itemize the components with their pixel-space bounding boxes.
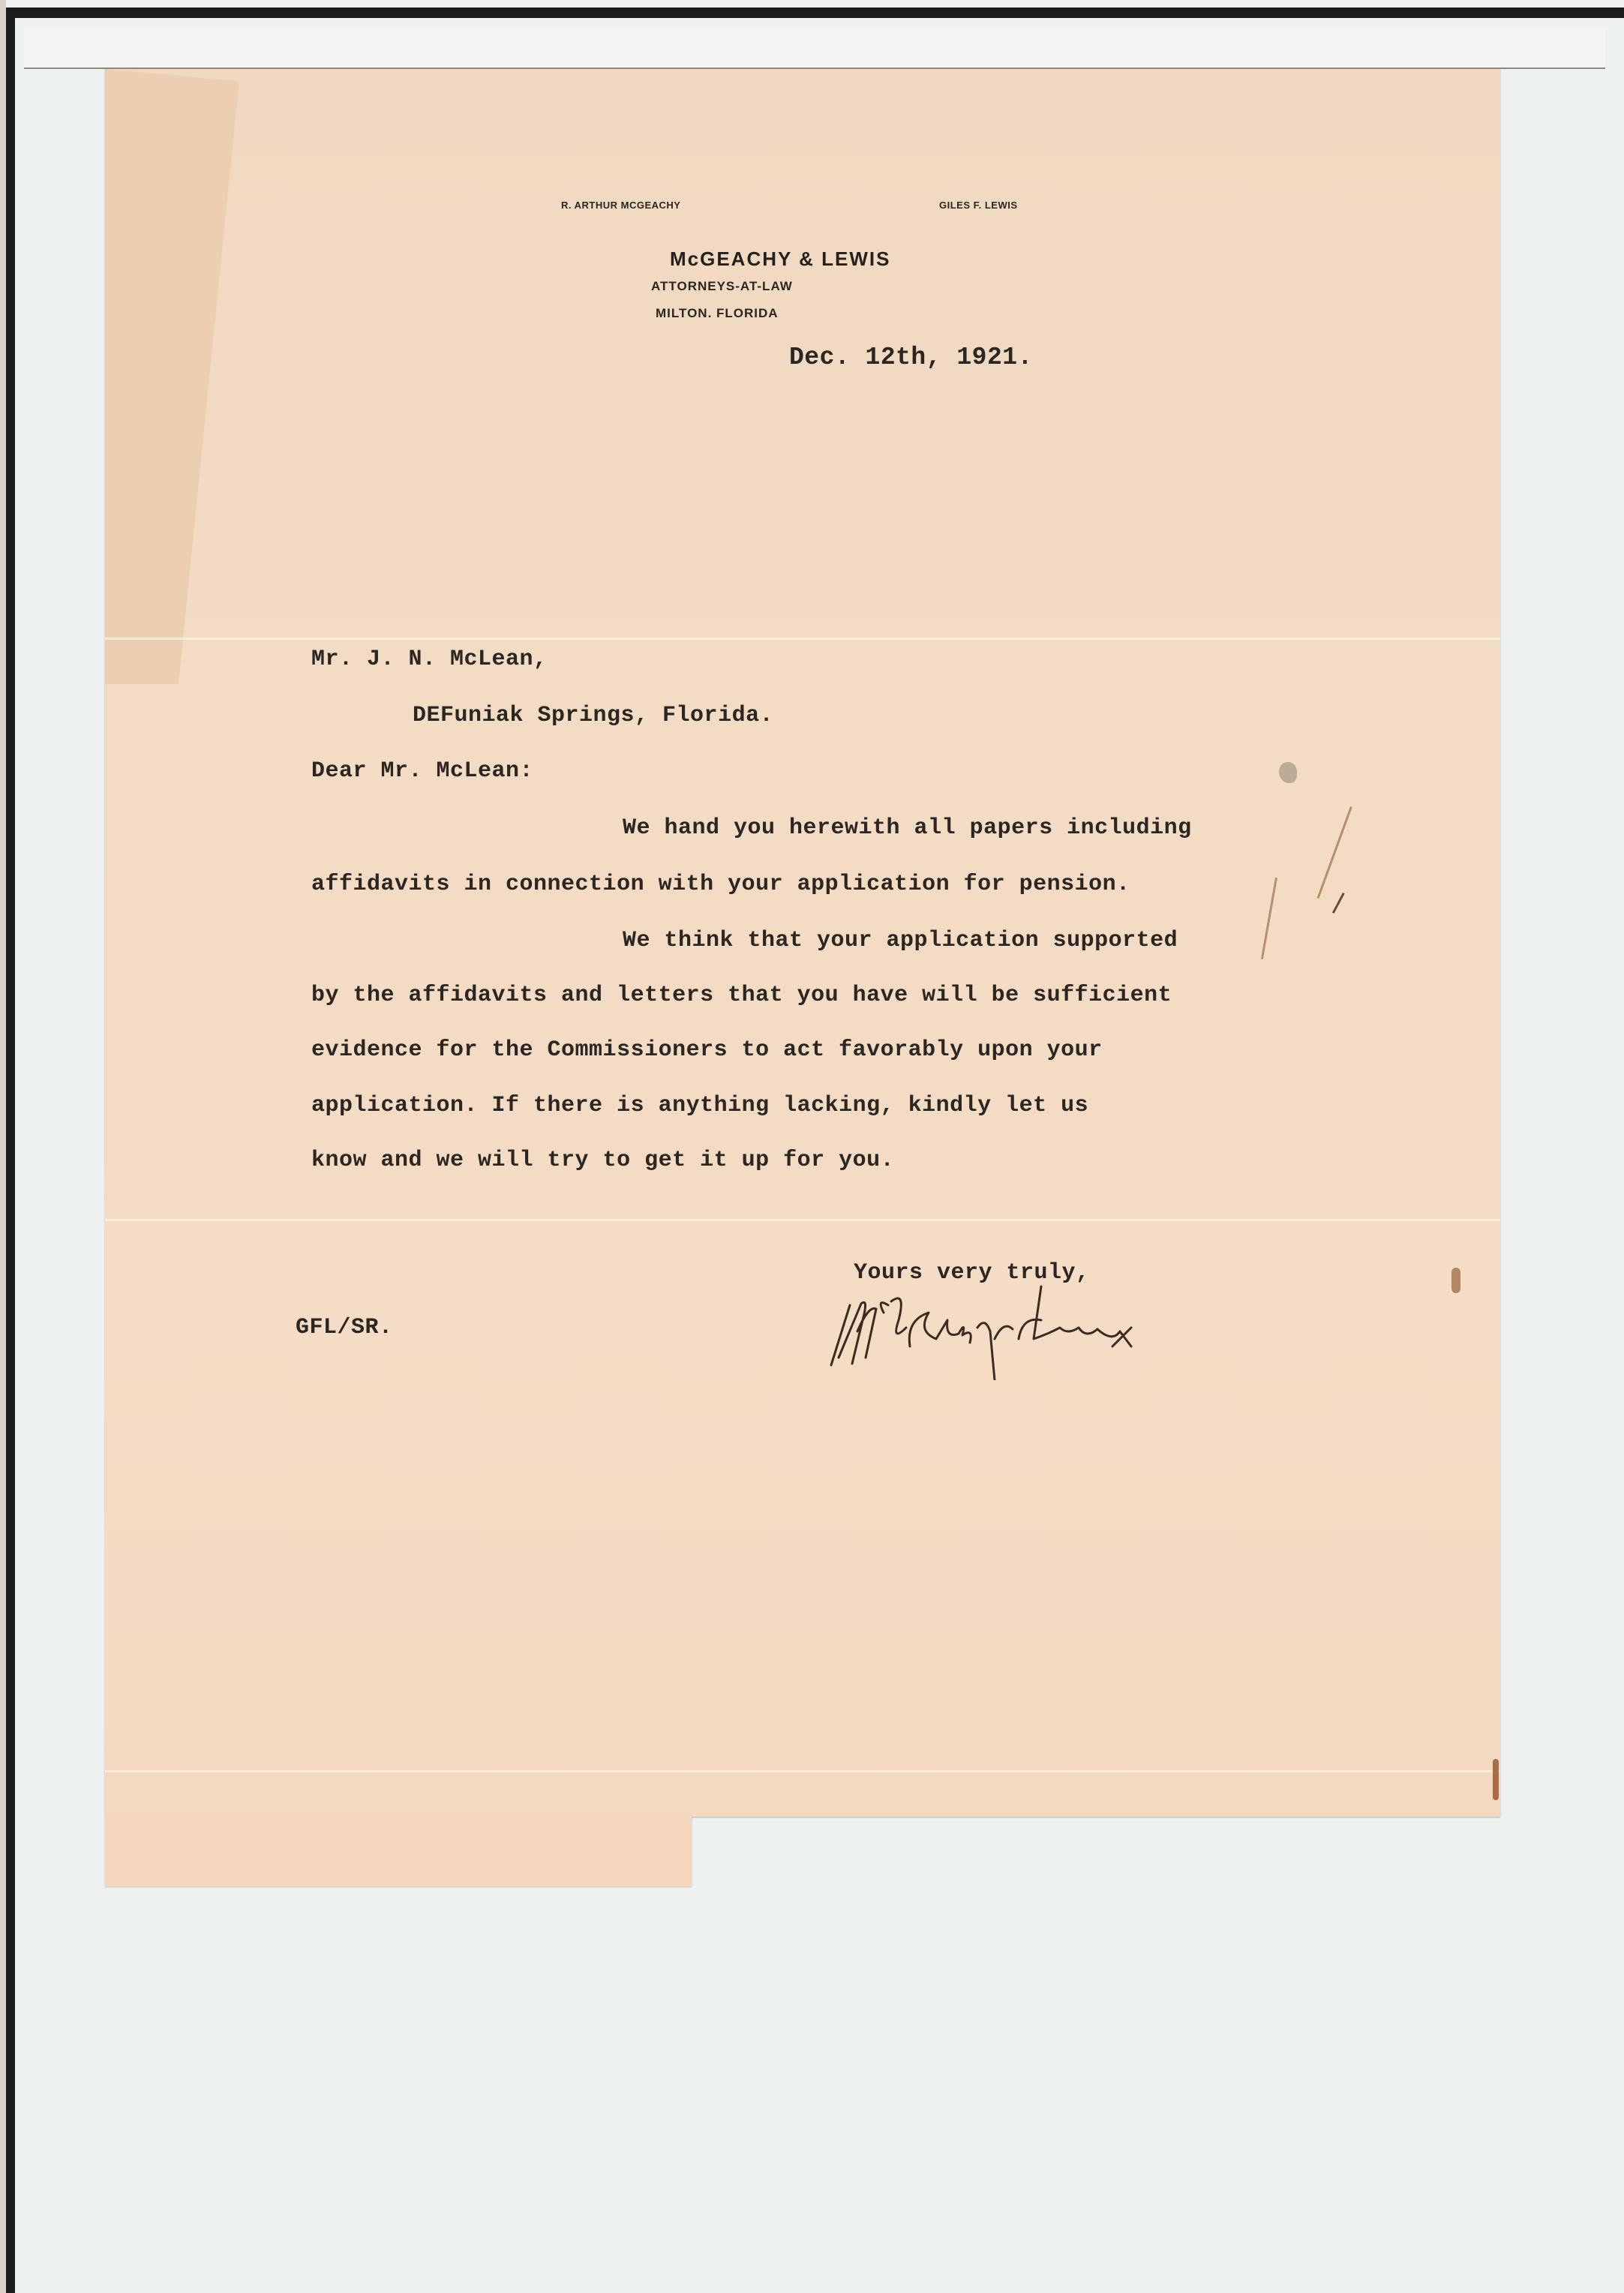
fold-crease	[105, 1770, 1500, 1772]
letterhead-firm-name: McGEACHY & LEWIS	[670, 248, 890, 271]
typist-initials: GFL/SR.	[296, 1315, 393, 1340]
body-line: know and we will try to get it up for yo…	[311, 1148, 894, 1173]
letter-date: Dec. 12th, 1921.	[789, 344, 1033, 371]
scan-top-border	[6, 8, 1624, 18]
ink-smudge	[1279, 762, 1297, 783]
body-line: We think that your application supported	[623, 928, 1178, 953]
body-line: application. If there is anything lackin…	[311, 1093, 1088, 1118]
fold-crease	[105, 1219, 1500, 1221]
letterhead-partner-left: R. ARTHUR MCGEACHY	[561, 200, 680, 211]
letterhead-firm-city: MILTON. FLORIDA	[656, 306, 779, 321]
recipient-city: DEFuniak Springs, Florida.	[413, 703, 773, 728]
fold-crease	[105, 638, 1500, 640]
body-line: We hand you herewith all papers includin…	[623, 815, 1192, 841]
salutation: Dear Mr. McLean:	[311, 758, 533, 784]
letterhead-firm-title: ATTORNEYS-AT-LAW	[651, 279, 793, 294]
recipient-name: Mr. J. N. McLean,	[311, 647, 548, 672]
body-line: by the affidavits and letters that you h…	[311, 983, 1172, 1008]
body-line: affidavits in connection with your appli…	[311, 872, 1130, 897]
stain-spot	[1451, 1268, 1460, 1293]
body-line: evidence for the Commissioners to act fa…	[311, 1037, 1103, 1063]
letter-paper-bottom-tab	[105, 1815, 692, 1886]
scan-outer-edge	[0, 0, 6, 2293]
scan-left-border	[6, 8, 15, 2293]
rust-stain	[1493, 1759, 1499, 1800]
handwritten-signature	[816, 1275, 1161, 1380]
letterhead-partner-right: GILES F. LEWIS	[939, 200, 1018, 211]
scan-top-strip	[24, 27, 1605, 69]
